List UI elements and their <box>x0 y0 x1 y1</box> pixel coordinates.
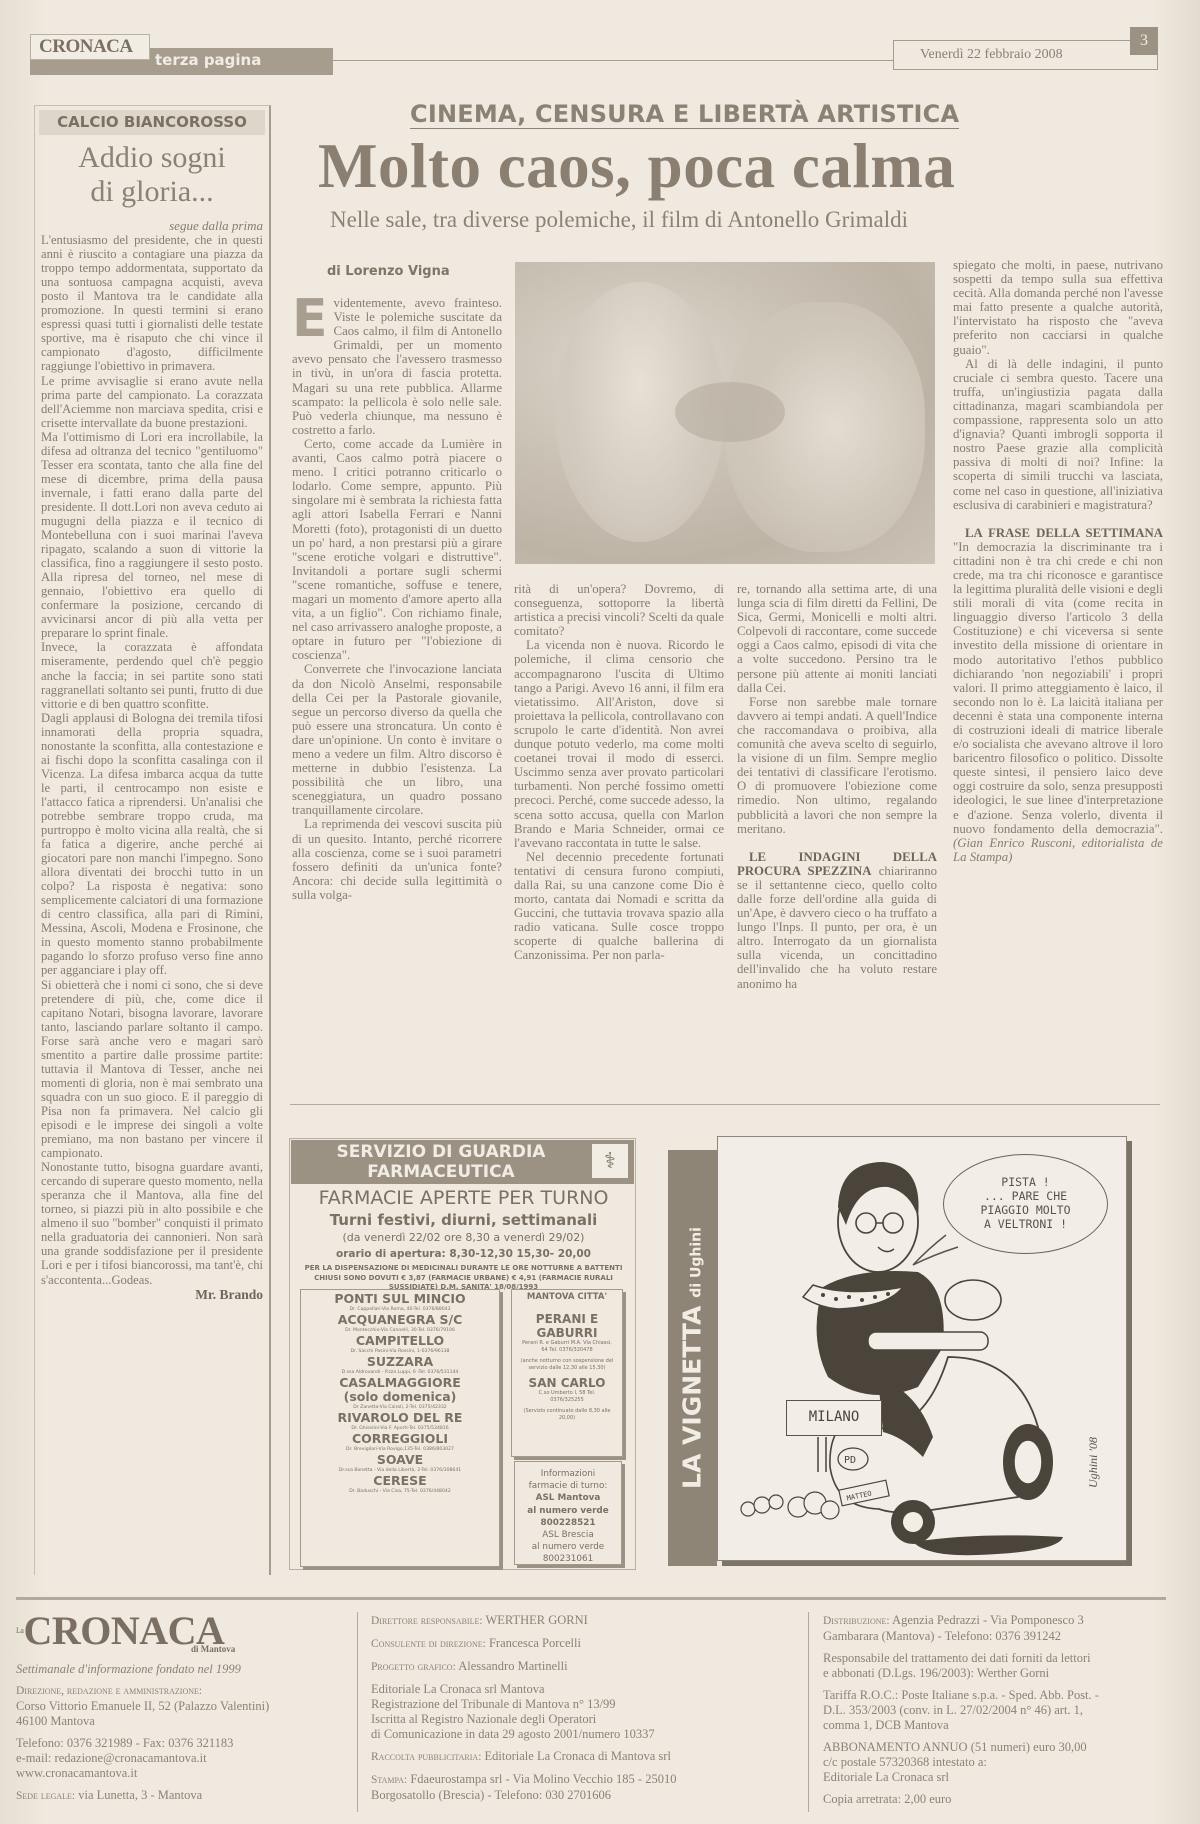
cartoon: PD MATTEO PISTA ! ... PARE CHE PIAGGIO M… <box>717 1136 1127 1561</box>
distribution-value: Gambarara (Mantova) - Telefono: 0376 391… <box>823 1629 1193 1644</box>
pharmacy-town: CASALMAGGIORE <box>301 1376 499 1390</box>
pharmacy-title-line1: SERVIZIO DI GUARDIA <box>291 1142 591 1162</box>
article-headline: Molto caos, poca calma <box>318 131 955 201</box>
masthead-logo: CRONACA <box>39 36 133 58</box>
article-paragraph: spiegato che molti, in paese, nutrivano … <box>953 258 1163 357</box>
speech-bubble: PISTA ! ... PARE CHE PIAGGIO MOLTO A VEL… <box>943 1154 1108 1254</box>
info-line: farmacie di turno: <box>515 1480 621 1492</box>
footer-address: Corso Vittorio Emanuele II, 52 (Palazzo … <box>16 1699 346 1714</box>
sidebar-paragraph: Dagli applausi di Bologna dei tremila ti… <box>41 711 263 978</box>
sidebar-intro: segue dalla prima <box>41 219 263 233</box>
cartoon-author: di Ughini <box>689 1227 705 1298</box>
tariff-line: D.L. 353/2003 (conv. in L. 27/02/2004 n°… <box>823 1703 1193 1718</box>
article-paragraph: re, tornando alla settima arte, di una l… <box>737 582 937 695</box>
pharmacy-town: ACQUANEGRA S/C <box>301 1313 499 1327</box>
pharmacy-town: CAMPITELLO <box>301 1334 499 1348</box>
design-label: Progetto grafico: <box>371 1661 456 1673</box>
sidebar-paragraph: Ma l'ottimismo di Lori era incrollabile,… <box>41 430 263 641</box>
pharmacy-town-list: PONTI SUL MINCIO Dr. Cappellari-Via Roma… <box>300 1289 500 1567</box>
article-subhead: Nelle sale, tra diverse polemiche, il fi… <box>330 207 908 233</box>
quote-lead: LA FRASE DELLA SETTIMANA <box>965 526 1163 540</box>
pharmacy-town-note: (solo domenica) <box>301 1390 499 1404</box>
director-label: Direttore responsabile: <box>371 1615 483 1627</box>
cartoon-band-title: LA VIGNETTAdi Ughini <box>678 1227 707 1489</box>
caduceus-icon: ⚕ <box>592 1144 628 1178</box>
photo-shadow <box>675 382 785 442</box>
quote-text: "In democrazia la discriminante tra i ci… <box>953 540 1163 836</box>
pharmacy-hours: orario di apertura: 8,30-12,30 15,30- 20… <box>290 1248 637 1260</box>
sidebar-body: segue dalla prima L'entusiasmo del presi… <box>35 209 269 1287</box>
article-photo <box>515 262 935 564</box>
footer-distribution: Distribuzione: Agenzia Pedrazzi - Via Po… <box>823 1613 1193 1807</box>
info-phone-brescia: 800231061 <box>515 1553 621 1565</box>
pharmacy-town: PONTI SUL MINCIO <box>301 1292 499 1306</box>
pharmacy-line-3: (da venerdì 22/02 ore 8,30 a venerdì 29/… <box>290 1231 637 1244</box>
article-paragraph: La vicenda non è nuova. Ricordo le polem… <box>514 638 724 849</box>
pharmacy-line-1: FARMACIE APERTE PER TURNO <box>290 1187 637 1209</box>
consultant-value: Francesca Porcelli <box>486 1636 581 1650</box>
article-paragraph: Certo, come accade da Lumière in avanti,… <box>292 437 502 663</box>
cartoonist-signature: Ughini '08 <box>1086 1437 1101 1488</box>
footer-tagline: Settimanale d'informazione fondato nel 1… <box>16 1662 346 1677</box>
footer-masthead: LaCRONACA di Mantova Settimanale d'infor… <box>16 1612 346 1804</box>
subscription-line: Editoriale La Cronaca srl <box>823 1770 1193 1785</box>
quote-attribution: (Gian Enrico Rusconi, editorialista de L… <box>953 836 1163 864</box>
footer-phone: Telefono: 0376 321989 - Fax: 0376 321183 <box>16 1736 346 1751</box>
page-number: 3 <box>1130 27 1158 55</box>
bubble-line: PISTA ! <box>944 1175 1107 1189</box>
sidebar-title-line2: di gloria... <box>35 175 269 209</box>
article-paragraph: Forse non sarebbe male tornare davvero a… <box>737 695 937 836</box>
footer-email[interactable]: e-mail: redazione@cronacamantova.it <box>16 1751 346 1766</box>
pharmacy-address: Dr. Baduschi - Via Cisa, 75-Tel. 0376/44… <box>301 1488 499 1495</box>
city-pharmacy-2-note: (Servizio continuato dalle 8,30 alle 20,… <box>512 1404 622 1422</box>
pharmacy-town: SUZZARA <box>301 1355 499 1369</box>
sidebar-paragraph: Si obietterà che i nomi ci sono, che si … <box>41 978 263 1161</box>
city-pharmacy-1-name: PERANI E <box>512 1312 622 1326</box>
city-pharmacy-1-name: GABURRI <box>512 1326 622 1340</box>
bubble-line: A VELTRONI ! <box>944 1217 1107 1231</box>
article-kicker: CINEMA, CENSURA E LIBERTÀ ARTISTICA <box>410 100 959 129</box>
pharmacy-town: CERESE <box>301 1474 499 1488</box>
article-paragraph: Converrete che l'invocazione lanciata da… <box>292 662 502 817</box>
ads-value: Editoriale La Cronaca di Mantova srl <box>481 1749 671 1763</box>
pharmacy-info-box: Informazioni farmacie di turno: ASL Mant… <box>514 1461 622 1565</box>
footer-rule <box>16 1597 1166 1600</box>
footer-logo-sub: di Mantova <box>191 1644 346 1654</box>
cartoon-pd-badge: PD <box>844 1455 856 1466</box>
cartoon-title: LA VIGNETTA <box>678 1306 707 1489</box>
pharmacy-ad-header: SERVIZIO DI GUARDIA FARMACEUTICA ⚕ <box>291 1140 634 1184</box>
publisher-line: Iscritta al Registro Nazionale degli Ope… <box>371 1712 801 1727</box>
sidebar-paragraph: Le prime avvisaglie si erano avute nella… <box>41 374 263 430</box>
city-pharmacy-1-note: (anche notturno con sospensione del serv… <box>512 1354 622 1372</box>
info-line: al numero verde <box>515 1541 621 1553</box>
article-paragraph: Al di là delle indagini, il punto crucia… <box>953 357 1163 512</box>
footer-legal: Sede legale: via Lunetta, 3 - Mantova <box>16 1788 346 1804</box>
pharmacy-town: CORREGGIOLI <box>301 1432 499 1446</box>
footer-address: 46100 Mantova <box>16 1714 346 1729</box>
article-paragraph: La reprimenda dei vescovi suscita più di… <box>292 817 502 902</box>
city-pharmacy-2-address: C.so Umberto I, 58 Tel. 0376/325255 <box>512 1390 622 1404</box>
bubble-line: PIAGGIO MOLTO <box>944 1203 1107 1217</box>
publisher-line: di Comunicazione in data 29 agosto 2001/… <box>371 1727 801 1742</box>
city-title: MANTOVA CITTA' <box>512 1292 622 1302</box>
quote-of-week: LA FRASE DELLA SETTIMANA "In democrazia … <box>953 526 1163 864</box>
tariff-line: Tariffa R.O.C.: Poste Italiane s.p.a. - … <box>823 1688 1193 1703</box>
header-rule <box>333 60 893 61</box>
sidebar-article: CALCIO BIANCOROSSO Addio sogni di gloria… <box>34 105 271 1575</box>
article-column-1: E videntemente, avevo frainteso. Viste l… <box>292 296 502 902</box>
footer-divider <box>357 1612 358 1812</box>
privacy-line: Responsabile del trattamento dei dati fo… <box>823 1651 1193 1666</box>
issue-date: Venerdì 22 febbraio 2008 <box>920 47 1063 63</box>
pharmacy-mantova-city: MANTOVA CITTA' PERANI E GABURRI Perani R… <box>511 1289 623 1457</box>
sidebar-paragraph: L'entusiasmo del presidente, che in ques… <box>41 233 263 373</box>
print-label: Stampa: <box>371 1774 407 1786</box>
back-issue-price: Copia arretrata: 2,00 euro <box>823 1792 1193 1807</box>
ads-label: Raccolta pubblicitaria: <box>371 1751 481 1763</box>
sidebar-kicker: CALCIO BIANCOROSSO <box>39 110 265 135</box>
privacy-line: e abbonati (D.Lgs. 196/2003): Werther Go… <box>823 1666 1193 1681</box>
article-paragraph: Nel decennio precedente fortunati tentat… <box>514 850 724 963</box>
pharmacy-ad: SERVIZIO DI GUARDIA FARMACEUTICA ⚕ FARMA… <box>289 1138 636 1570</box>
article-byline: di Lorenzo Vigna <box>327 264 450 279</box>
pharmacy-town: RIVAROLO DEL RE <box>301 1411 499 1425</box>
info-line: Informazioni <box>515 1468 621 1480</box>
sidebar-title-line1: Addio sogni <box>35 141 269 175</box>
footer-divider <box>808 1612 809 1812</box>
footer-credits: Direttore responsabile: WERTHER GORNI Co… <box>371 1613 801 1803</box>
section-title: terza pagina <box>155 51 261 69</box>
footer-direction-label: Direzione, redazione e amministrazione: <box>16 1684 346 1699</box>
procura-text: chiariranno se il settantenne cieco, que… <box>737 864 937 991</box>
drop-cap: E <box>292 298 328 340</box>
city-pharmacy-1-address: Perani R. e Gaburri M.A. Via Chiassi, 64… <box>512 1340 622 1354</box>
print-value: Borgosatollo (Brescia) - Telefono: 030 2… <box>371 1788 801 1803</box>
info-line: al numero verde <box>527 1506 608 1516</box>
design-value: Alessandro Martinelli <box>456 1659 568 1673</box>
footer-legal-value: via Lunetta, 3 - Mantova <box>75 1788 202 1802</box>
sidebar-paragraph: Invece, la corazzata è affondata miseram… <box>41 640 263 710</box>
procura-paragraph: LE INDAGINI DELLA PROCURA SPEZZINA chiar… <box>737 850 937 991</box>
subscription-line: c/c postale 57320368 intestato a: <box>823 1755 1193 1770</box>
article-column-3: re, tornando alla settima arte, di una l… <box>737 582 937 991</box>
bubble-line: ... PARE CHE <box>944 1189 1107 1203</box>
director-value: WERTHER GORNI <box>483 1613 588 1627</box>
print-value: Fdaeurostampa srl - Via Molino Vecchio 1… <box>407 1772 676 1786</box>
sidebar-paragraph: Nonostante tutto, bisogna guardare avant… <box>41 1160 263 1286</box>
sidebar-signature: Mr. Brando <box>35 1287 269 1303</box>
pharmacy-title-line2: FARMACEUTICA <box>291 1162 591 1182</box>
article-column-4: spiegato che molti, in paese, nutrivano … <box>953 258 1163 864</box>
info-phone-mantova: 800228521 <box>540 1518 595 1528</box>
footer-legal-label: Sede legale: <box>16 1790 75 1802</box>
subscription-line: ABBONAMENTO ANNUO (51 numeri) euro 30,00 <box>823 1740 1193 1755</box>
newspaper-page: CRONACA terza pagina Venerdì 22 febbraio… <box>0 0 1200 1824</box>
publisher-line: Editoriale La Cronaca srl Mantova <box>371 1682 801 1697</box>
sidebar-title: Addio sogni di gloria... <box>35 141 269 209</box>
consultant-label: Consulente di direzione: <box>371 1638 486 1650</box>
publisher-line: Registrazione del Tribunale di Mantova n… <box>371 1697 801 1712</box>
article-paragraph: rità di un'opera? Dovremo, di conseguenz… <box>514 582 724 638</box>
info-asl-mantova: ASL Mantova <box>536 1493 601 1503</box>
milano-road-sign: MILANO <box>786 1400 882 1436</box>
pharmacy-line-2: Turni festivi, diurni, settimanali <box>290 1211 637 1229</box>
info-asl-brescia: ASL Brescia <box>515 1529 621 1541</box>
footer-website[interactable]: www.cronacamantova.it <box>16 1766 346 1781</box>
tariff-line: comma 1, DCB Mantova <box>823 1718 1193 1733</box>
pharmacy-town: SOAVE <box>301 1453 499 1467</box>
masthead-logo-box: CRONACA <box>30 34 150 60</box>
distribution-value: Agenzia Pedrazzi - Via Pomponesco 3 <box>890 1613 1084 1627</box>
pharmacy-ad-title: SERVIZIO DI GUARDIA FARMACEUTICA <box>291 1140 591 1182</box>
section-divider <box>290 1104 1160 1105</box>
distribution-label: Distribuzione: <box>823 1615 890 1627</box>
city-pharmacy-2-name: SAN CARLO <box>512 1376 622 1390</box>
article-column-2: rità di un'opera? Dovremo, di conseguenz… <box>514 582 724 963</box>
